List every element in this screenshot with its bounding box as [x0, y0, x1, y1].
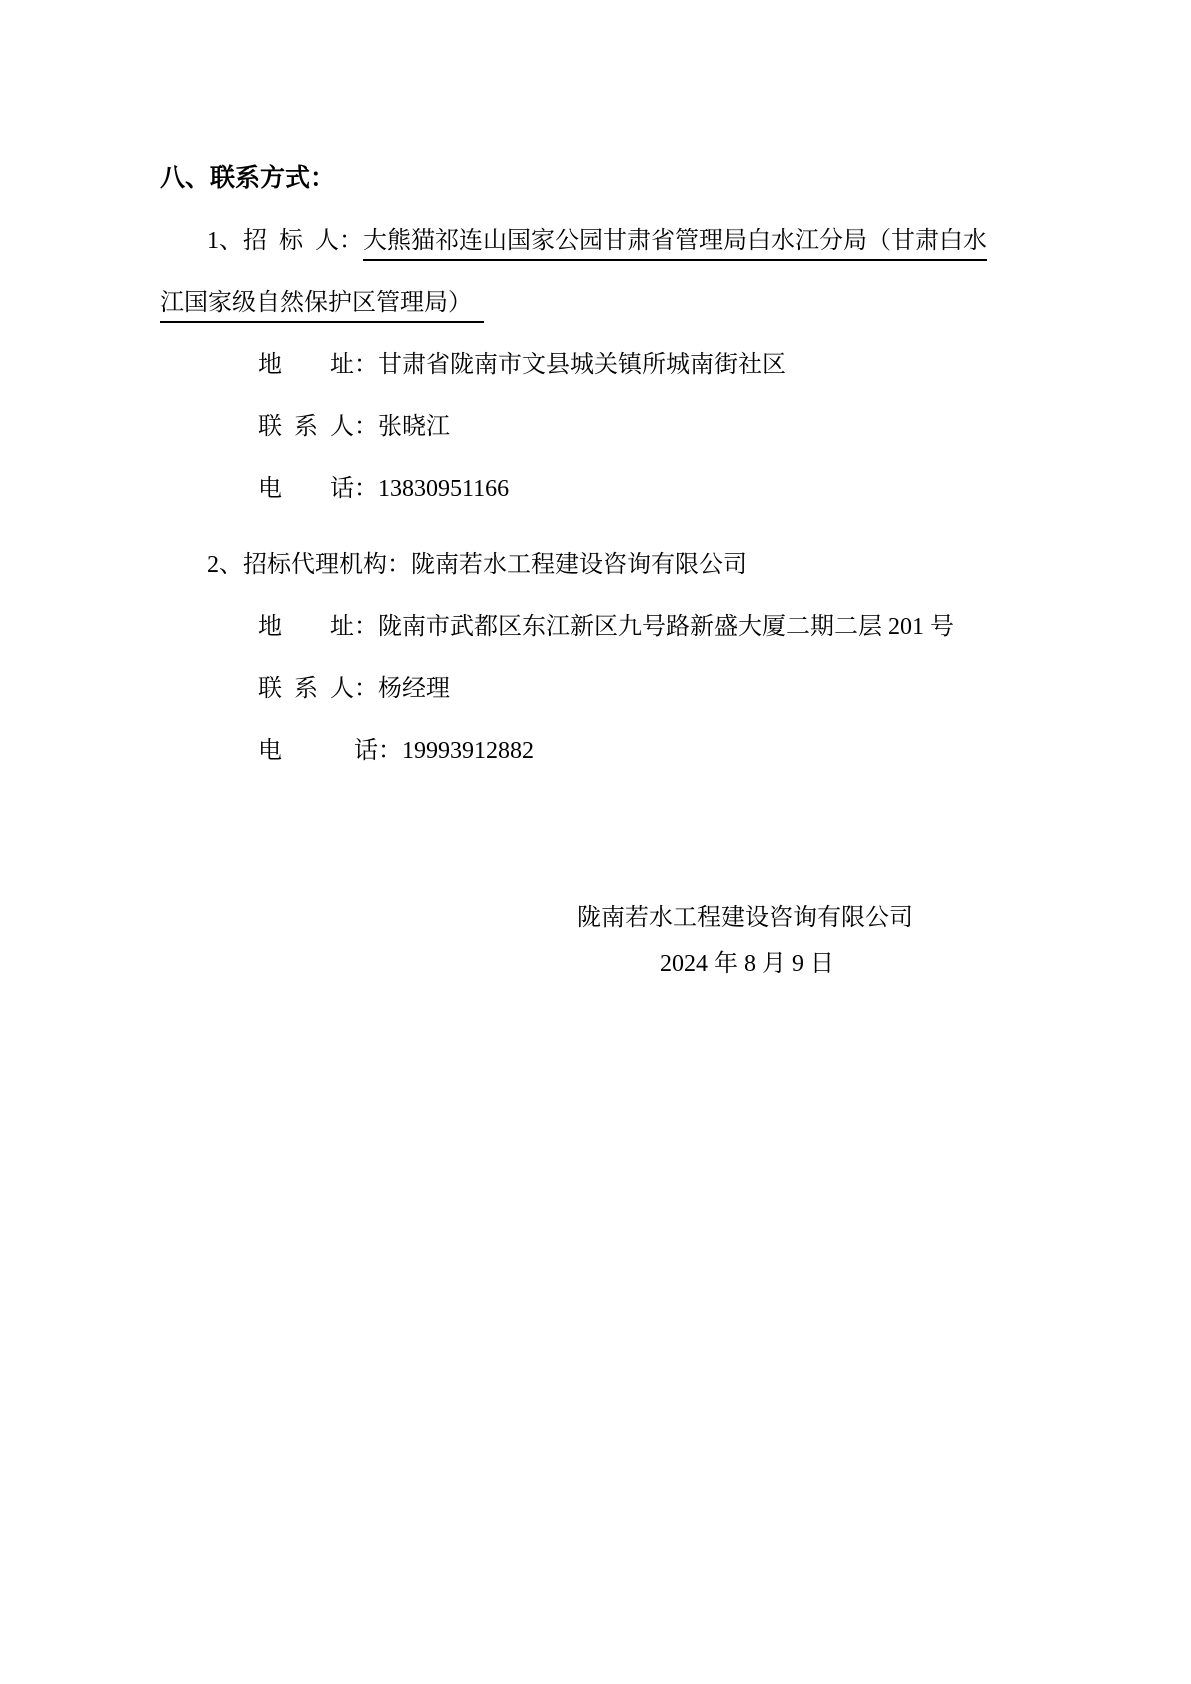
agency-name: 陇南若水工程建设咨询有限公司 [411, 552, 747, 578]
agency-line: 2、招标代理机构：陇南若水工程建设咨询有限公司 [160, 534, 1030, 596]
bidder-name-wrap-line: 江国家级自然保护区管理局） [160, 272, 1030, 334]
contact-label: 联 系 人： [258, 676, 378, 702]
bidder-name-part2: 江国家级自然保护区管理局） [160, 290, 484, 323]
bidder-contact-row: 联 系 人：张晓江 [160, 396, 1030, 458]
footer-company-name: 陇南若水工程建设咨询有限公司 [577, 895, 917, 941]
phone-label: 电 话： [258, 738, 402, 764]
agency-address-row: 地 址：陇南市武都区东江新区九号路新盛大厦二期二层 201 号 [160, 596, 1030, 658]
signature-block: 陇南若水工程建设咨询有限公司 2024 年 8 月 9 日 [577, 895, 917, 987]
contact-label: 联 系 人： [258, 414, 378, 440]
address-value: 陇南市武都区东江新区九号路新盛大厦二期二层 201 号 [378, 614, 954, 640]
phone-label: 电 话： [258, 476, 378, 502]
agency-label: 2、招标代理机构： [207, 552, 411, 578]
contact-value: 杨经理 [378, 676, 450, 702]
phone-value: 19993912882 [402, 738, 534, 764]
agency-phone-row: 电 话：19993912882 [160, 720, 1030, 782]
footer-date: 2024 年 8 月 9 日 [577, 941, 917, 987]
section-heading: 八、联系方式： [160, 148, 1030, 210]
bidder-phone-row: 电 话：13830951166 [160, 458, 1030, 520]
document-page: 八、联系方式： 1、招 标 人：大熊猫祁连山国家公园甘肃省管理局白水江分局（甘肃… [0, 0, 1191, 1684]
address-value: 甘肃省陇南市文县城关镇所城南街社区 [378, 352, 786, 378]
bidder-label: 1、招 标 人： [207, 228, 363, 254]
contact-value: 张晓江 [378, 414, 450, 440]
address-label: 地 址： [258, 352, 378, 378]
phone-value: 13830951166 [378, 476, 509, 502]
document-content: 八、联系方式： 1、招 标 人：大熊猫祁连山国家公园甘肃省管理局白水江分局（甘肃… [160, 148, 1030, 782]
bidder-name-part1: 大熊猫祁连山国家公园甘肃省管理局白水江分局（甘肃白水 [363, 228, 987, 261]
bidder-address-row: 地 址：甘肃省陇南市文县城关镇所城南街社区 [160, 334, 1030, 396]
address-label: 地 址： [258, 614, 378, 640]
agency-contact-row: 联 系 人：杨经理 [160, 658, 1030, 720]
bidder-line: 1、招 标 人：大熊猫祁连山国家公园甘肃省管理局白水江分局（甘肃白水 [160, 210, 1030, 272]
